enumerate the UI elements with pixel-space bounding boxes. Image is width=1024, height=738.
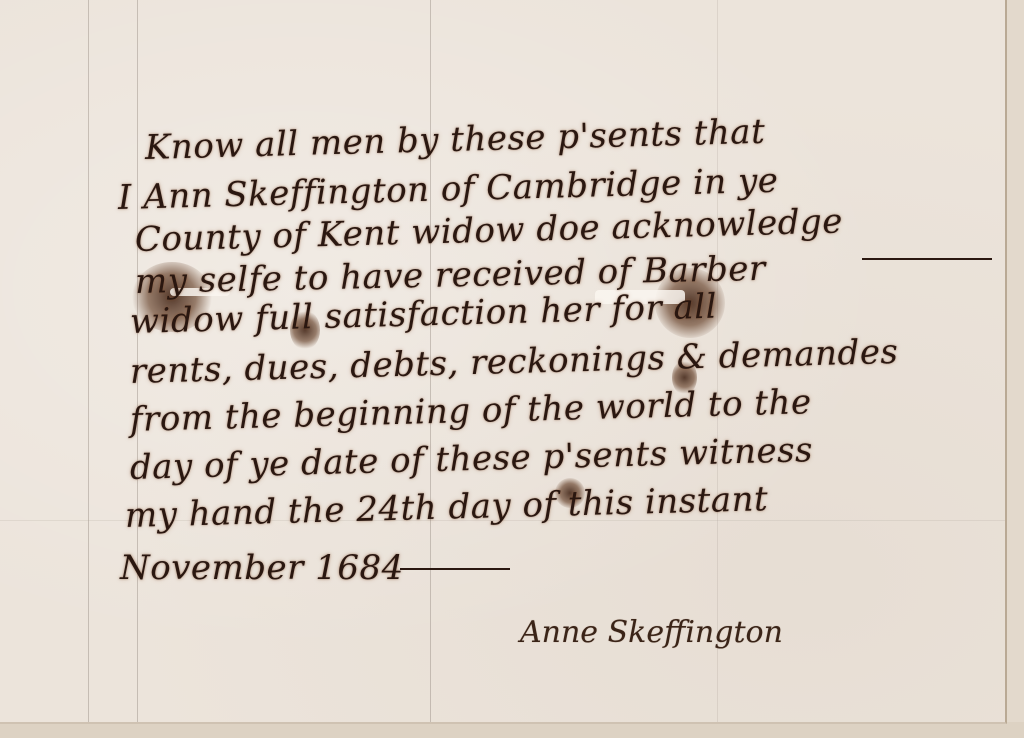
paper-sheet: Know all men by these p'sents that I Ann…: [0, 0, 1007, 724]
text-line-10: November 1684: [120, 548, 404, 588]
background-edge-right: [1007, 0, 1024, 738]
text-line-7: from the beginning of the world to the: [129, 382, 812, 440]
text-line-9: my hand the 24th day of this instant: [124, 479, 768, 536]
date-flourish: [400, 568, 510, 570]
name-underline: [862, 258, 992, 260]
text-line-1: Know all men by these p'sents that: [144, 112, 765, 168]
text-line-8: day of ye date of these p'sents witness: [129, 430, 813, 488]
signature: Anne Skeffington: [520, 615, 783, 650]
background-edge-bottom: [0, 722, 1024, 738]
fold-line: [88, 0, 89, 722]
